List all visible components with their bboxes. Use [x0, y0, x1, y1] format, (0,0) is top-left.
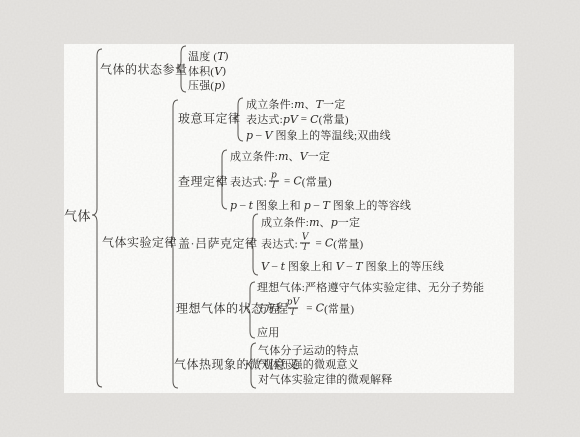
math-symbol: p — [331, 216, 338, 229]
leaf-line-gay-lussac-2: V – t 图象上和 V – T 图象上的等压线 — [261, 258, 444, 274]
leaf-line-gay-lussac-0: 成立条件:m、p一定 — [261, 214, 360, 230]
leaf-line-micro-meaning-1: 气体压强的微观意义 — [258, 356, 359, 372]
leaf-line-charles-0: 成立条件:m、V一定 — [230, 148, 330, 164]
math-symbol: V — [265, 129, 273, 142]
node-label-state-params: 气体的状态参量 — [100, 61, 188, 78]
fraction-denominator: T — [269, 181, 279, 191]
fraction: pVT — [285, 299, 302, 318]
math-symbol: C — [325, 237, 333, 250]
text-run: 图象上和 — [285, 258, 336, 274]
text-run: 图象上的等压线 — [363, 258, 444, 274]
text-run: 成立条件: — [230, 148, 278, 164]
text-run: = — [313, 237, 325, 249]
text-run: 压强( — [188, 77, 214, 93]
leaf-line-boyle-1: 表达式:pV = C(常量) — [246, 111, 349, 127]
math-symbol: T — [322, 199, 329, 212]
text-run: 对气体实验定律的微观解释 — [258, 371, 392, 387]
text-run: – — [311, 199, 323, 211]
leaf-line-charles-2: p – t 图象上和 p – T 图象上的等容线 — [230, 197, 411, 213]
leaf-line-micro-meaning-2: 对气体实验定律的微观解释 — [258, 371, 392, 387]
math-symbol: C — [310, 113, 318, 126]
math-symbol: p — [230, 199, 237, 212]
text-run: 理想气体:严格遵守气体实验定律、无分子势能 — [257, 279, 484, 295]
math-symbol: C — [293, 175, 301, 188]
math-symbol: T — [217, 50, 224, 63]
text-run: 表达式: — [246, 111, 283, 127]
math-symbol: p — [304, 199, 311, 212]
leaf-line-charles-1: 表达式:pT = C(常量) — [230, 172, 332, 191]
text-run: = — [298, 113, 310, 125]
node-label-gay-lussac: 盖·吕萨克定律 — [178, 235, 258, 252]
leaf-line-boyle-0: 成立条件:m、T一定 — [246, 96, 345, 112]
leaf-line-state-params-2: 压强(p) — [188, 77, 225, 93]
math-symbol: p — [246, 129, 253, 142]
fraction: VT — [300, 234, 311, 253]
fraction-numerator: p — [269, 172, 279, 181]
node-label-experiment-laws: 气体实验定律 — [102, 234, 177, 251]
math-symbol: p — [214, 79, 221, 92]
node-label-root: 气体 — [64, 206, 91, 225]
fraction: pT — [269, 172, 279, 191]
math-symbol: C — [316, 302, 324, 315]
text-run: = — [281, 175, 293, 187]
fraction-numerator: pV — [285, 299, 302, 308]
math-symbol: m — [278, 150, 288, 163]
leaf-line-ideal-gas-equation-0: 理想气体:严格遵守气体实验定律、无分子势能 — [257, 279, 484, 295]
fraction-denominator: T — [300, 243, 310, 253]
text-run: (常量) — [333, 235, 363, 251]
leaf-line-gay-lussac-1: 表达式:VT = C(常量) — [261, 234, 363, 253]
math-symbol: T — [355, 260, 362, 273]
text-run: 应用 — [257, 324, 279, 340]
text-run: 方程: — [257, 300, 283, 316]
text-run: ) — [225, 50, 229, 62]
text-run: ) — [221, 79, 225, 91]
fraction-denominator: T — [288, 308, 298, 318]
text-run: 成立条件: — [261, 214, 309, 230]
text-run: 气体压强的微观意义 — [258, 356, 359, 372]
text-run: 温度 ( — [188, 48, 217, 64]
text-run: 、 — [320, 214, 331, 230]
concept-map-screenshot: 气体气体的状态参量温度 (T)体积(V)压强(p)气体实验定律玻意耳定律成立条件… — [0, 0, 580, 437]
text-run: (常量) — [324, 300, 354, 316]
math-symbol: V — [336, 260, 344, 273]
text-run: – — [237, 199, 249, 211]
text-run: 图象上和 — [253, 197, 304, 213]
math-symbol: m — [309, 216, 319, 229]
text-run: 一定 — [323, 96, 345, 112]
text-run: 一定 — [338, 214, 360, 230]
node-label-boyle: 玻意耳定律 — [178, 110, 241, 127]
math-symbol: V — [261, 260, 269, 273]
text-run: 一定 — [308, 148, 330, 164]
text-run: ) — [222, 65, 226, 77]
leaf-line-ideal-gas-equation-1: 方程:pVT = C(常量) — [257, 299, 354, 318]
leaf-line-state-params-0: 温度 (T) — [188, 48, 228, 64]
math-symbol: pV — [283, 113, 298, 126]
text-run: 表达式: — [230, 173, 267, 189]
text-run: 图象上的等容线 — [330, 197, 411, 213]
fraction-numerator: V — [300, 234, 311, 243]
leaf-line-boyle-2: p – V 图象上的等温线;双曲线 — [246, 127, 391, 143]
text-run: (常量) — [319, 111, 349, 127]
leaf-line-ideal-gas-equation-2: 应用 — [257, 324, 279, 340]
text-run: 表达式: — [261, 235, 298, 251]
math-symbol: V — [300, 150, 308, 163]
text-run: (常量) — [302, 173, 332, 189]
brace-root — [92, 49, 102, 387]
text-run: – — [344, 260, 356, 272]
text-run: = — [303, 302, 315, 314]
text-run: 图象上的等温线;双曲线 — [273, 127, 391, 143]
text-run: – — [253, 129, 265, 141]
math-symbol: m — [294, 98, 304, 111]
text-run: – — [269, 260, 281, 272]
math-symbol: V — [214, 65, 222, 78]
math-symbol: T — [316, 98, 323, 111]
text-run: 、 — [305, 96, 316, 112]
text-run: 、 — [289, 148, 300, 164]
text-run: 成立条件: — [246, 96, 294, 112]
node-label-charles: 查理定律 — [178, 173, 228, 190]
